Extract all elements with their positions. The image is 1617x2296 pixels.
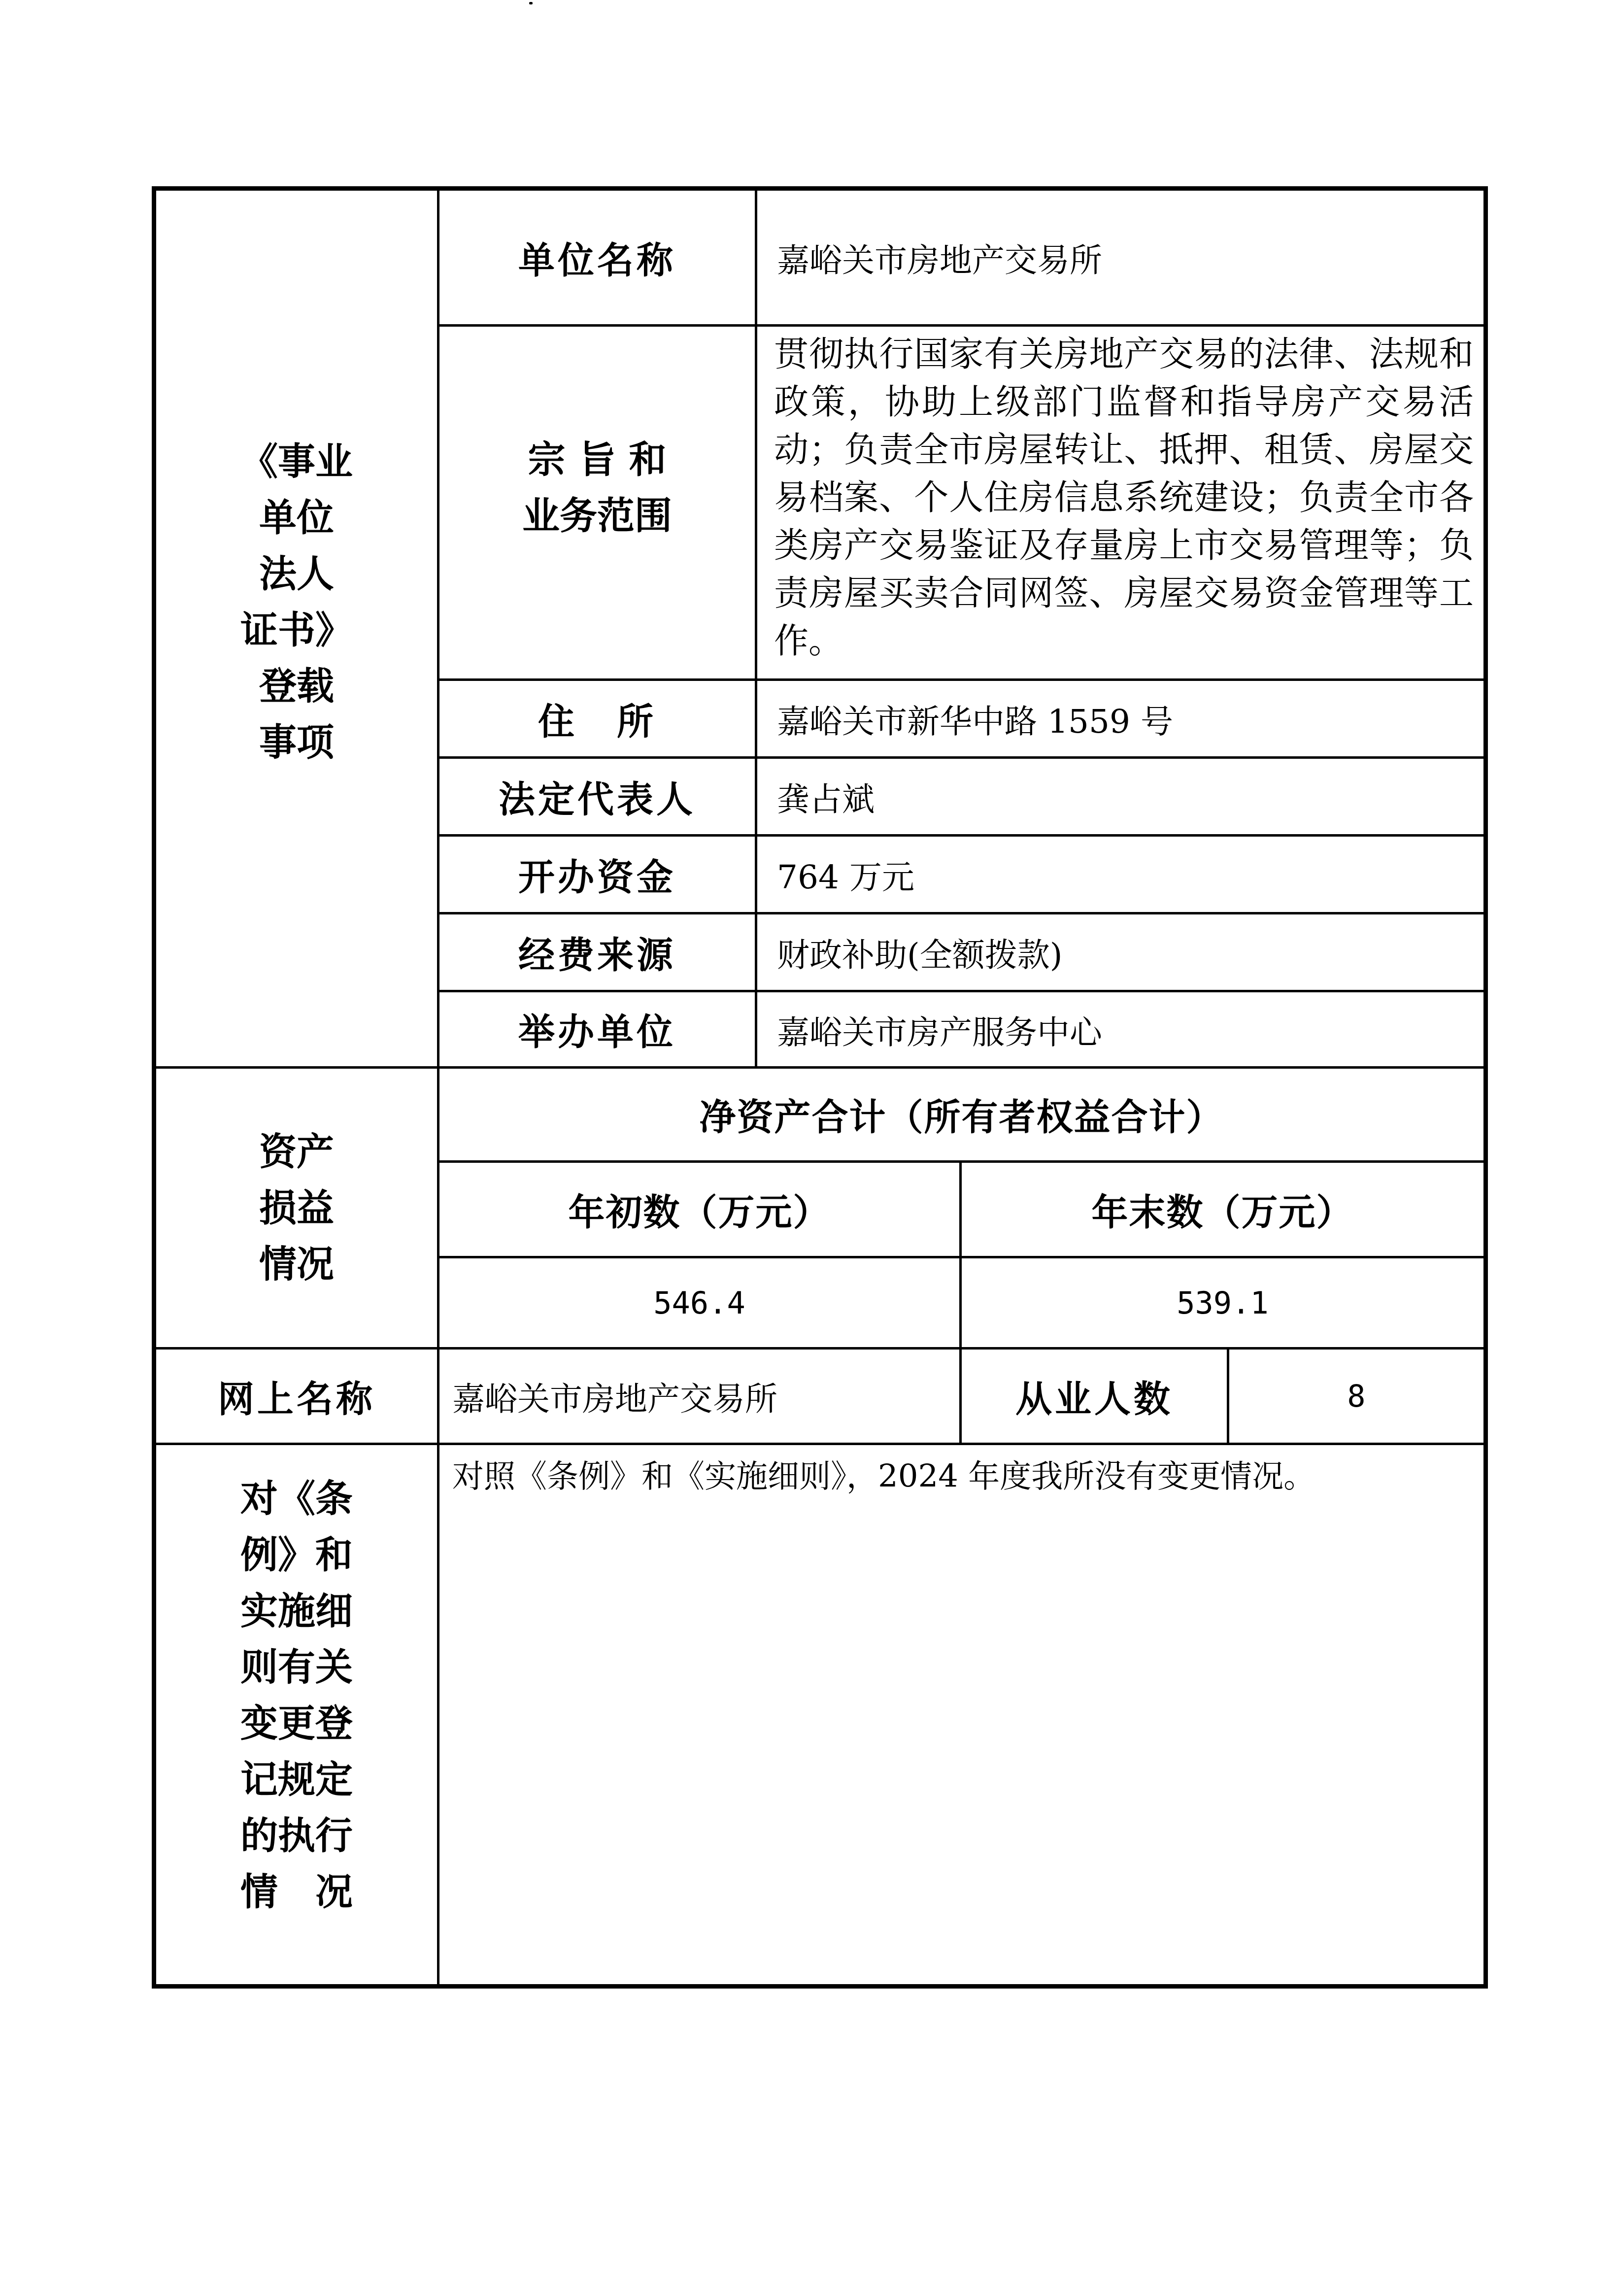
- funding-source-value: 财政补助(全额拨款): [757, 914, 1483, 990]
- online-name-label: 网上名称: [156, 1350, 437, 1443]
- registration-section-label: 《事业 单位 法人 证书》 登载 事项: [156, 434, 437, 778]
- end-of-year-value: 539.1: [962, 1258, 1483, 1347]
- sponsor-unit-label: 举办单位: [439, 992, 755, 1066]
- online-name-value: 嘉峪关市房地产交易所: [439, 1350, 959, 1443]
- address-value: 嘉峪关市新华中路 1559 号: [757, 681, 1483, 756]
- divider: [154, 1443, 1485, 1445]
- purpose-scope-label: 宗 旨 和 业务范围: [439, 327, 755, 678]
- compliance-text: 对照《条例》和《实施细则》，2024 年度我所没有变更情况。: [439, 1446, 1483, 1505]
- scan-speck: [529, 2, 533, 4]
- unit-name-label: 单位名称: [439, 191, 755, 324]
- purpose-scope-value: 贯彻执行国家有关房地产交易的法律、法规和政策，协助上级部门监督和指导房产交易活动…: [757, 327, 1483, 678]
- legal-representative-label: 法定代表人: [439, 759, 755, 834]
- legal-representative-value: 龚占斌: [757, 759, 1483, 834]
- staff-count-value: 8: [1229, 1350, 1483, 1443]
- funding-source-label: 经费来源: [439, 914, 755, 990]
- sponsor-unit-value: 嘉峪关市房产服务中心: [757, 992, 1483, 1066]
- startup-capital-value: 764 万元: [757, 837, 1483, 912]
- compliance-section-label: 对《条 例》和 实施细 则有关 变更登 记规定 的执行 情 况: [156, 1471, 437, 1963]
- divider: [437, 1444, 439, 1989]
- end-of-year-header: 年末数（万元）: [962, 1163, 1483, 1256]
- staff-count-label: 从业人数: [962, 1350, 1227, 1443]
- begin-of-year-header: 年初数（万元）: [439, 1163, 959, 1256]
- net-assets-header: 净资产合计（所有者权益合计）: [439, 1069, 1483, 1160]
- begin-of-year-value: 546.4: [439, 1258, 959, 1347]
- startup-capital-label: 开办资金: [439, 837, 755, 912]
- unit-name-value: 嘉峪关市房地产交易所: [757, 191, 1483, 324]
- address-label: 住 所: [439, 681, 755, 756]
- assets-section-label: 资产 损益 情况: [156, 1069, 437, 1347]
